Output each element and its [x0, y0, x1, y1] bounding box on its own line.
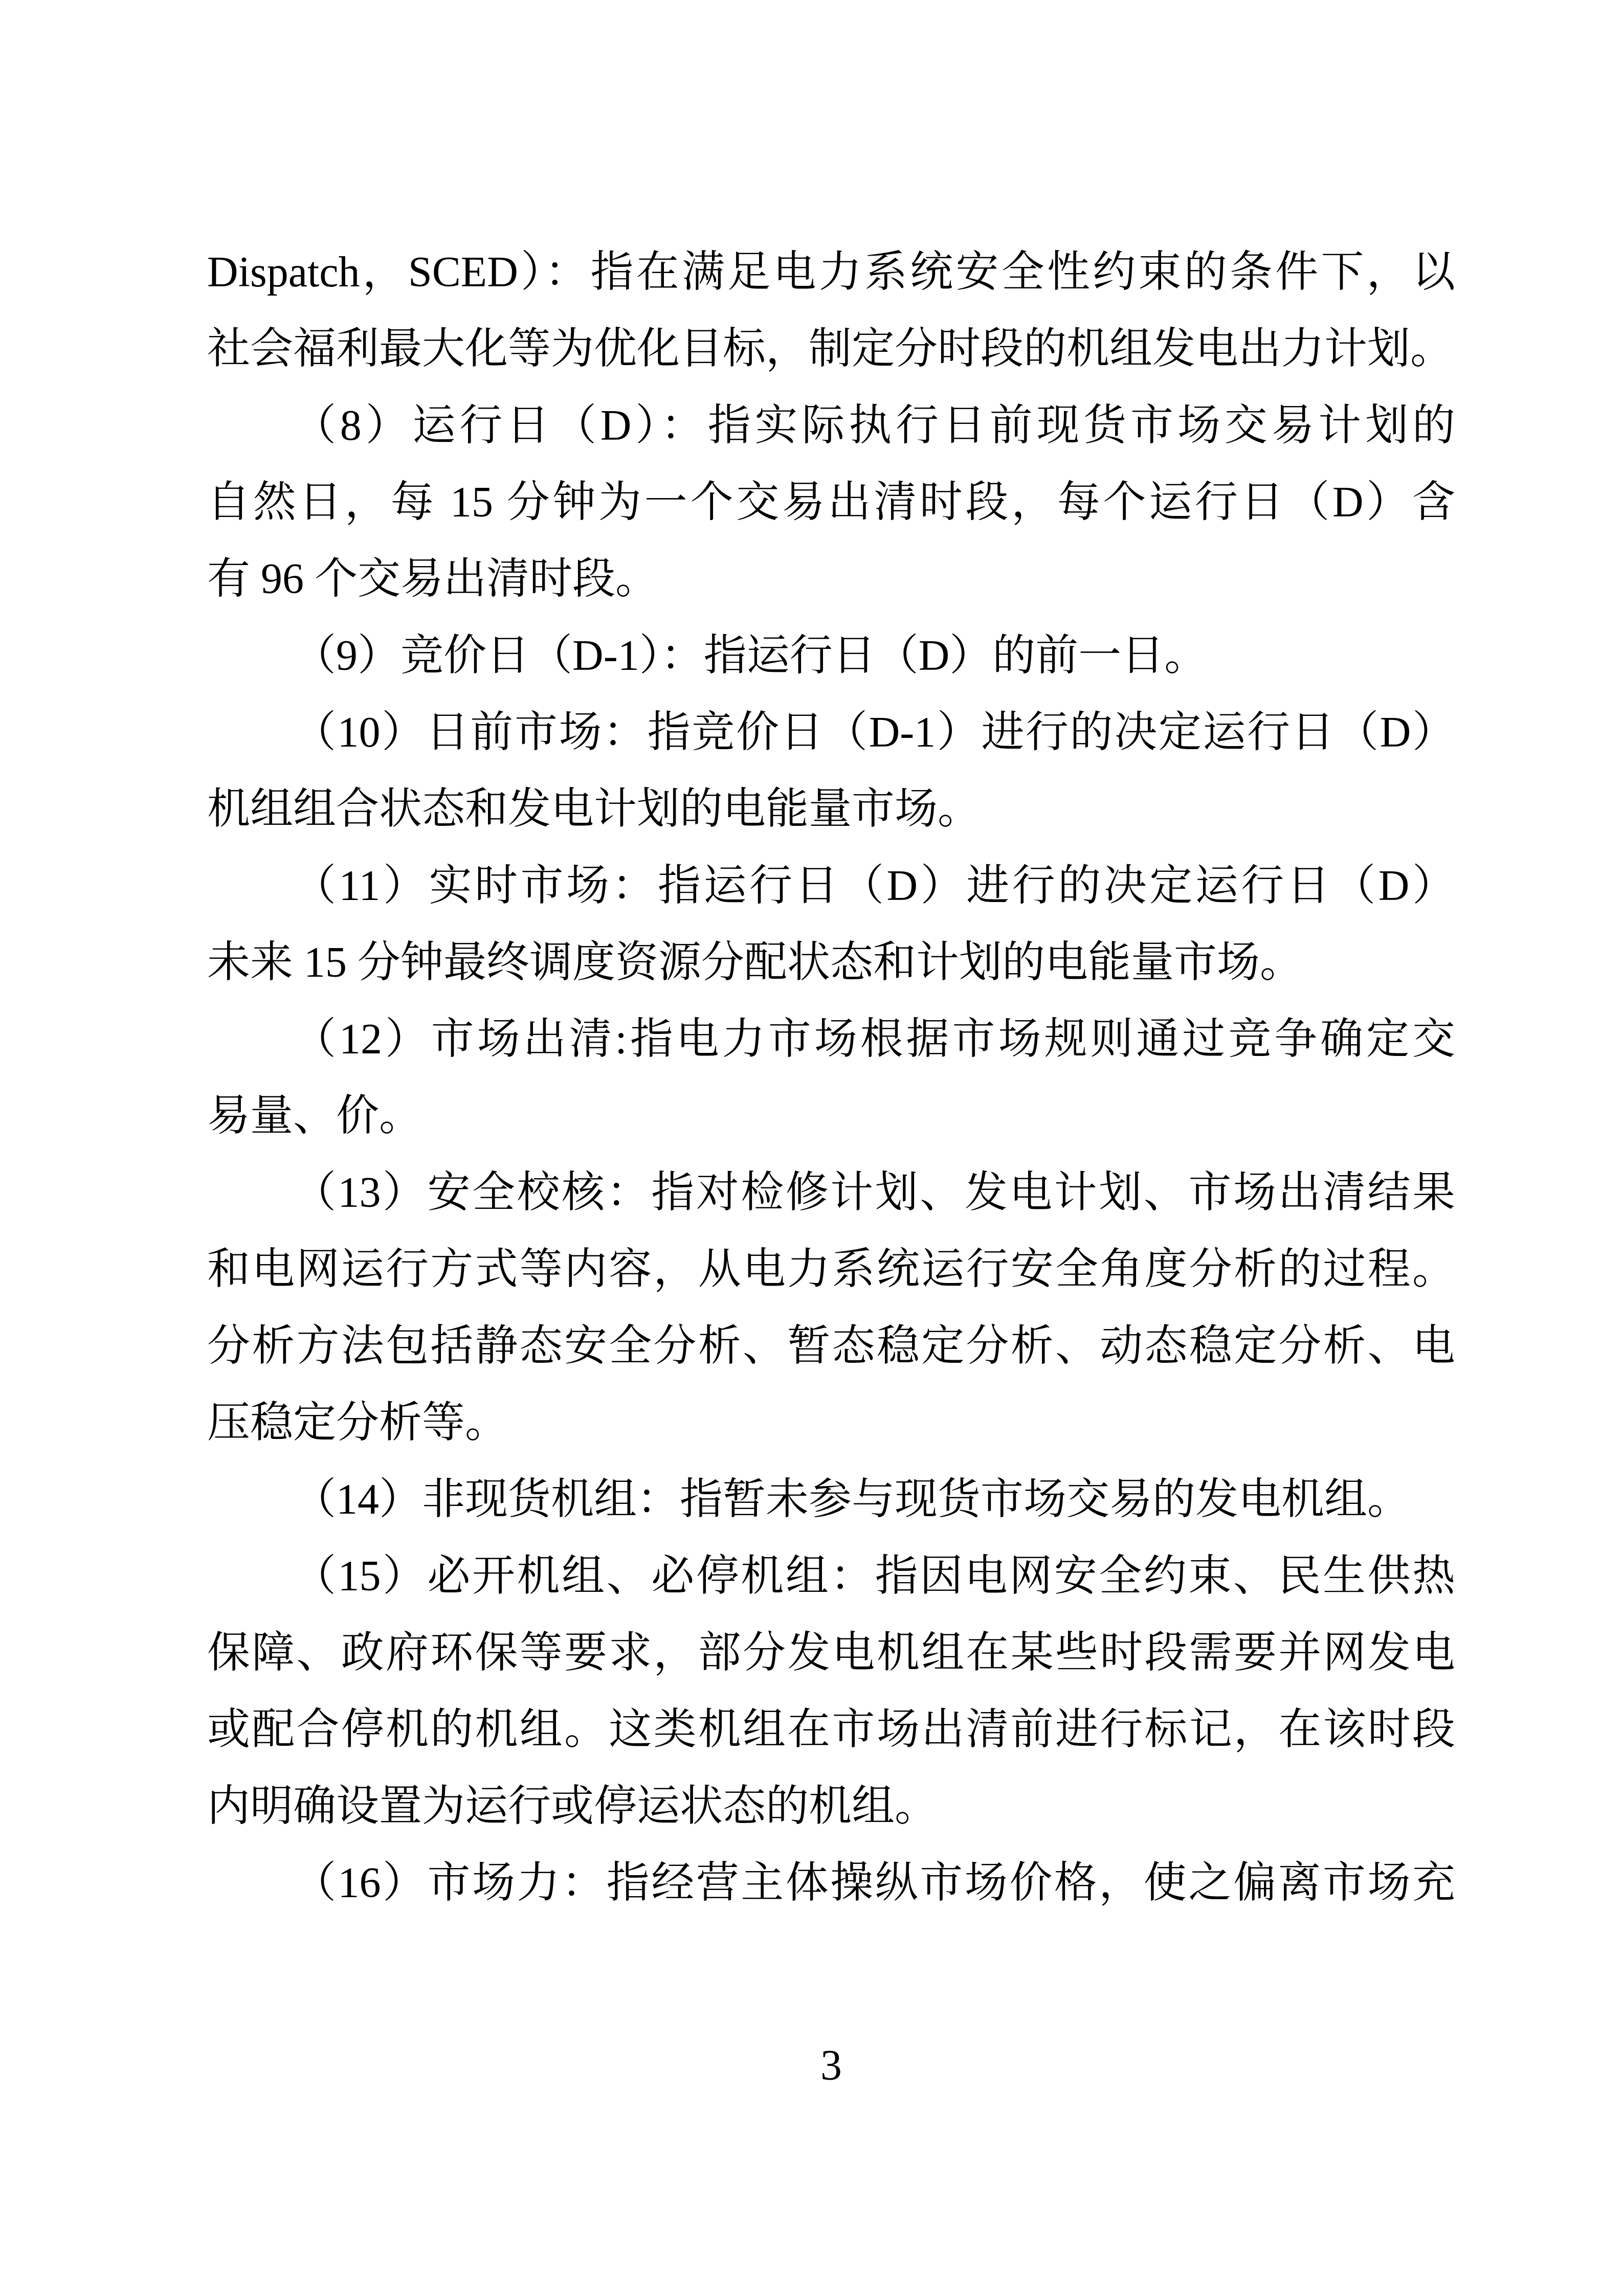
text-line: 压稳定分析等。 [207, 1385, 1455, 1461]
text-line: 自然日，每 15 分钟为一个交易出清时段，每个运行日（D）含 [207, 464, 1455, 541]
text-line: 有 96 个交易出清时段。 [207, 541, 1455, 618]
text-line: （12）市场出清:指电力市场根据市场规则通过竞争确定交 [207, 1001, 1455, 1078]
text-line: （13）安全校核：指对检修计划、发电计划、市场出清结果 [207, 1155, 1455, 1231]
document-body: Dispatch，SCED）：指在满足电力系统安全性约束的条件下，以 社会福利最… [207, 234, 1455, 1922]
text-line: （15）必开机组、必停机组：指因电网安全约束、民生供热 [207, 1538, 1455, 1615]
text-line: 和电网运行方式等内容，从电力系统运行安全角度分析的过程。 [207, 1231, 1455, 1308]
text-line: 机组组合状态和发电计划的电能量市场。 [207, 771, 1455, 848]
page: Dispatch，SCED）：指在满足电力系统安全性约束的条件下，以 社会福利最… [0, 0, 1624, 2296]
text-line: （9）竞价日（D-1）：指运行日（D）的前一日。 [207, 618, 1455, 694]
text-line: （16）市场力：指经营主体操纵市场价格，使之偏离市场充 [207, 1845, 1455, 1922]
text-line: 或配合停机的机组。这类机组在市场出清前进行标记，在该时段 [207, 1692, 1455, 1768]
text-line: 分析方法包括静态安全分析、暂态稳定分析、动态稳定分析、电 [207, 1308, 1455, 1385]
page-number: 3 [207, 2028, 1455, 2104]
text-line: Dispatch，SCED）：指在满足电力系统安全性约束的条件下，以 [207, 234, 1455, 311]
text-line: 保障、政府环保等要求，部分发电机组在某些时段需要并网发电 [207, 1615, 1455, 1692]
text-line: 内明确设置为运行或停运状态的机组。 [207, 1768, 1455, 1845]
text-line: （14）非现货机组：指暂未参与现货市场交易的发电机组。 [207, 1461, 1455, 1538]
text-line: （8）运行日（D）：指实际执行日前现货市场交易计划的 [207, 388, 1455, 464]
text-line: 易量、价。 [207, 1078, 1455, 1155]
text-line: 未来 15 分钟最终调度资源分配状态和计划的电能量市场。 [207, 925, 1455, 1001]
text-line: 社会福利最大化等为优化目标，制定分时段的机组发电出力计划。 [207, 311, 1455, 388]
text-line: （11）实时市场：指运行日（D）进行的决定运行日（D） [207, 848, 1455, 925]
text-line: （10）日前市场：指竞价日（D-1）进行的决定运行日（D） [207, 694, 1455, 771]
